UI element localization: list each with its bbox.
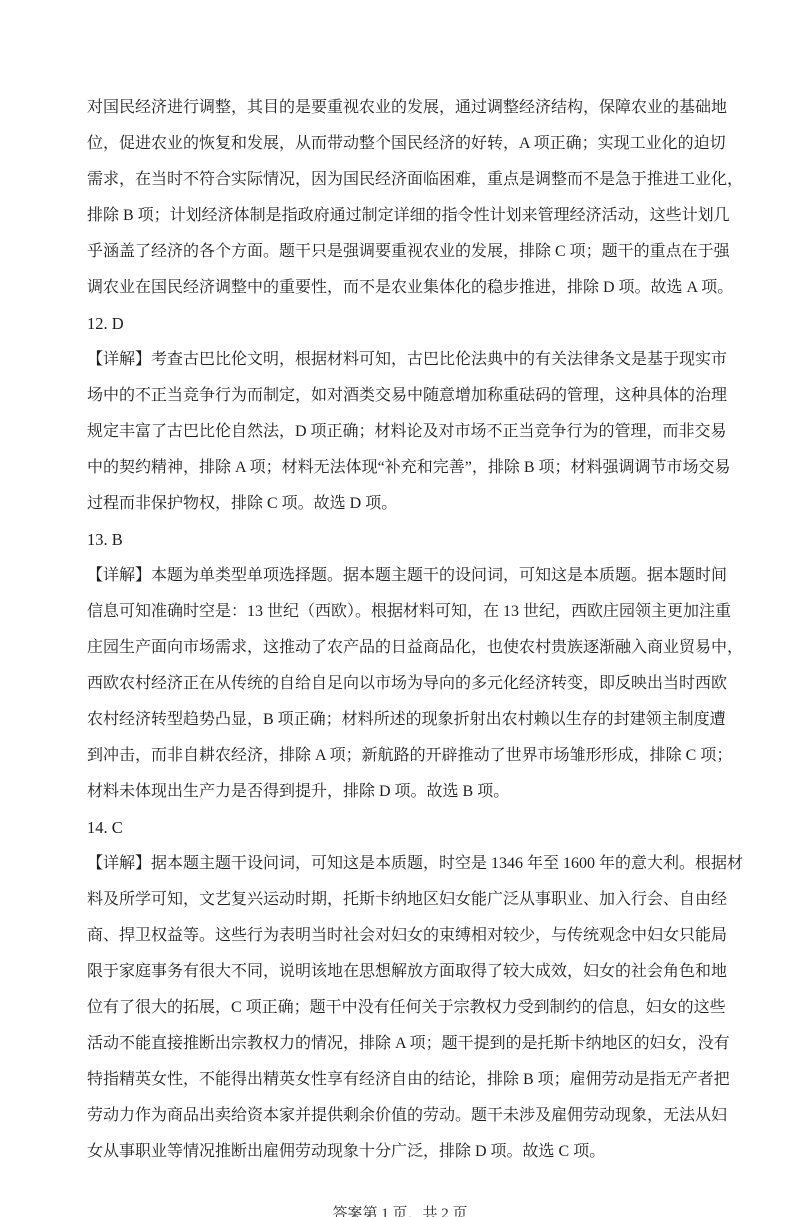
text-line: 过程而非保护物权，排除 C 项。故选 D 项。 <box>87 486 732 522</box>
explanation-continued-from-previous-page: 对国民经济进行调整，其目的是要重视农业的发展，通过调整经济结构，保障农业的基础地… <box>87 90 732 306</box>
text-line: 乎涵盖了经济的各个方面。题干只是强调要重视农业的发展，排除 C 项；题干的重点在… <box>87 234 732 270</box>
explanation-question-14: 【详解】据本题主题干设问词，可知这是本质题，时空是 1346 年至 1600 年… <box>87 846 732 1170</box>
text-line: 庄园生产面向市场需求，这推动了农产品的日益商品化，也使农村贵族逐渐融入商业贸易中… <box>87 630 732 666</box>
text-line: 西欧农村经济正在从传统的自给自足向以市场为导向的多元化经济转变，即反映出当时西欧 <box>87 666 732 702</box>
text-line: 女从事职业等情况推断出雇佣劳动现象十分广泛，排除 D 项。故选 C 项。 <box>87 1134 732 1170</box>
text-line: 规定丰富了古巴比伦自然法，D 项正确；材料论及对市场不正当竞争行为的管理，而非交… <box>87 414 732 450</box>
text-line: 商、捍卫权益等。这些行为表明当时社会对妇女的束缚相对较少，与传统观念中妇女只能局 <box>87 918 732 954</box>
text-line: 特指精英女性，不能得出精英女性享有经济自由的结论，排除 B 项；雇佣劳动是指无产… <box>87 1062 732 1098</box>
text-line: 【详解】本题为单类型单项选择题。据本题主题干的设问词，可知这是本质题。据本题时间 <box>87 558 732 594</box>
text-line: 排除 B 项；计划经济体制是指政府通过制定详细的指令性计划来管理经济活动，这些计… <box>87 198 732 234</box>
text-line: 对国民经济进行调整，其目的是要重视农业的发展，通过调整经济结构，保障农业的基础地 <box>87 90 732 126</box>
answer-number: 14. C <box>87 810 732 846</box>
text-line: 调农业在国民经济调整中的重要性，而不是农业集体化的稳步推进，排除 D 项。故选 … <box>87 270 732 306</box>
text-line: 【详解】考查古巴比伦文明，根据材料可知，古巴比伦法典中的有关法律条文是基于现实市 <box>87 342 732 378</box>
page-footer-text: 答案第 1 页，共 2 页 <box>332 1206 467 1217</box>
text-line: 位有了很大的拓展，C 项正确；题干中没有任何关于宗教权力受到制约的信息，妇女的这… <box>87 990 732 1026</box>
text-line: 限于家庭事务有很大不同，说明该地在思想解放方面取得了较大成效，妇女的社会角色和地 <box>87 954 732 990</box>
text-line: 活动不能直接推断出宗教权力的情况，排除 A 项；题干提到的是托斯卡纳地区的妇女，… <box>87 1026 732 1062</box>
text-line: 到冲击，而非自耕农经济，排除 A 项；新航路的开辟推动了世界市场雏形形成，排除 … <box>87 738 732 774</box>
text-line: 材料未体现出生产力是否得到提升，排除 D 项。故选 B 项。 <box>87 774 732 810</box>
text-line: 信息可知准确时空是：13 世纪（西欧）。根据材料可知，在 13 世纪，西欧庄园领… <box>87 594 732 630</box>
document-page: 对国民经济进行调整，其目的是要重视农业的发展，通过调整经济结构，保障农业的基础地… <box>0 0 800 1217</box>
explanation-question-13: 【详解】本题为单类型单项选择题。据本题主题干的设问词，可知这是本质题。据本题时间… <box>87 558 732 810</box>
text-line: 料及所学可知，文艺复兴运动时期，托斯卡纳地区妇女能广泛从事职业、加入行会、自由经 <box>87 882 732 918</box>
text-line: 【详解】据本题主题干设问词，可知这是本质题，时空是 1346 年至 1600 年… <box>87 846 732 882</box>
text-line: 中的契约精神，排除 A 项；材料无法体现“补充和完善”，排除 B 项；材料强调调… <box>87 450 732 486</box>
text-line: 场中的不正当竞争行为而制定，如对酒类交易中随意增加称重砝码的管理，这种具体的治理 <box>87 378 732 414</box>
text-line: 需求，在当时不符合实际情况，因为国民经济面临困难，重点是调整而不是急于推进工业化… <box>87 162 732 198</box>
text-line: 位，促进农业的恢复和发展，从而带动整个国民经济的好转，A 项正确；实现工业化的迫… <box>87 126 732 162</box>
explanation-question-12: 【详解】考查古巴比伦文明，根据材料可知，古巴比伦法典中的有关法律条文是基于现实市… <box>87 342 732 522</box>
text-line: 劳动力作为商品出卖给资本家并提供剩余价值的劳动。题干未涉及雇佣劳动现象，无法从妇 <box>87 1098 732 1134</box>
text-line: 农村经济转型趋势凸显，B 项正确；材料所述的现象折射出农村赖以生存的封建领主制度… <box>87 702 732 738</box>
answer-number: 12. D <box>87 306 732 342</box>
answer-number: 13. B <box>87 522 732 558</box>
answer-explanations-content: 对国民经济进行调整，其目的是要重视农业的发展，通过调整经济结构，保障农业的基础地… <box>87 90 732 1170</box>
page-footer: 答案第 1 页，共 2 页 <box>0 1205 800 1217</box>
